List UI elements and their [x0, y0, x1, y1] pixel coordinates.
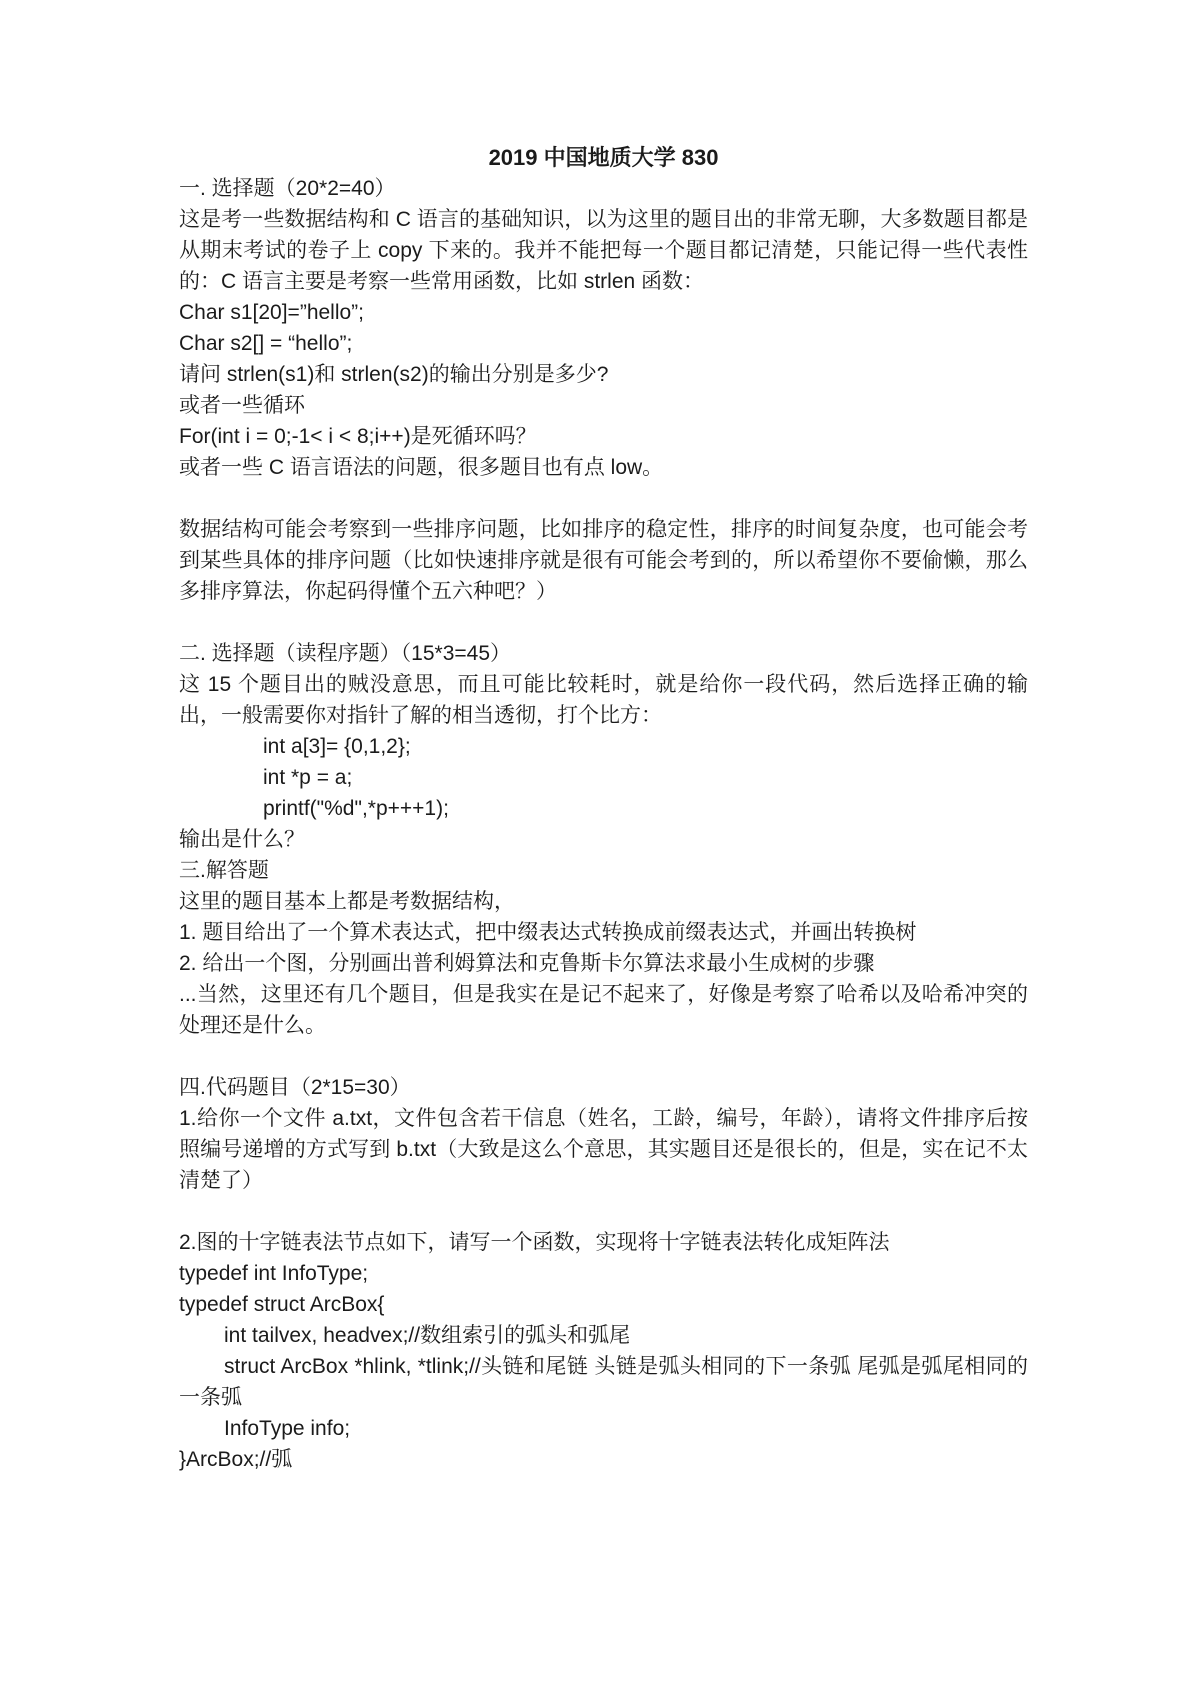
code-hlink-tlink: struct ArcBox *hlink, *tlink;//头链和尾链 头链是…	[179, 1351, 1028, 1413]
heading-section-3: 三.解答题	[179, 855, 1028, 886]
blank-line	[179, 483, 1028, 514]
blank-line	[179, 1196, 1028, 1227]
para-section-2-intro: 这 15 个题目出的贼没意思，而且可能比较耗时，就是给你一段代码，然后选择正确的…	[179, 669, 1028, 731]
para-section-1-intro: 这是考一些数据结构和 C 语言的基础知识，以为这里的题目出的非常无聊，大多数题目…	[179, 204, 1028, 297]
para-sorting: 数据结构可能会考察到一些排序问题，比如排序的稳定性，排序的时间复杂度，也可能会考…	[179, 514, 1028, 607]
code-char-s2: Char s2[] = “hello”;	[179, 328, 1028, 359]
line-section-3-intro: 这里的题目基本上都是考数据结构，	[179, 886, 1028, 917]
line-c-grammar: 或者一些 C 语言语法的问题，很多题目也有点 low。	[179, 452, 1028, 483]
line-output-question: 输出是什么？	[179, 824, 1028, 855]
blank-line	[179, 607, 1028, 638]
code-tailvex-headvex: int tailvex, headvex;//数组索引的弧头和弧尾	[179, 1320, 1028, 1351]
code-int-pointer: int *p = a;	[179, 762, 1028, 793]
para-file-question: 1.给你一个文件 a.txt，文件包含若干信息（姓名，工龄，编号，年龄），请将文…	[179, 1103, 1028, 1196]
code-printf: printf("%d",*p+++1);	[179, 793, 1028, 824]
para-forgotten-items: ...当然，这里还有几个题目，但是我实在是记不起来了，好像是考察了哈希以及哈希冲…	[179, 979, 1028, 1041]
heading-section-1: 一. 选择题（20*2=40）	[179, 173, 1028, 204]
heading-section-4: 四.代码题目（2*15=30）	[179, 1072, 1028, 1103]
code-typedef-infotype: typedef int InfoType;	[179, 1258, 1028, 1289]
code-int-array: int a[3]= {0,1,2};	[179, 731, 1028, 762]
code-typedef-struct: typedef struct ArcBox{	[179, 1289, 1028, 1320]
doc-title: 2019 中国地质大学 830	[179, 142, 1028, 173]
heading-section-2: 二. 选择题（读程序题）（15*3=45）	[179, 638, 1028, 669]
code-arcbox-end: }ArcBox;//弧	[179, 1444, 1028, 1475]
code-infotype-info: InfoType info;	[179, 1413, 1028, 1444]
code-char-s1: Char s1[20]=”hello”;	[179, 297, 1028, 328]
blank-line	[179, 1041, 1028, 1072]
line-item-2-graph: 2. 给出一个图，分别画出普利姆算法和克鲁斯卡尔算法求最小生成树的步骤	[179, 948, 1028, 979]
line-crosslist-question: 2.图的十字链表法节点如下，请写一个函数，实现将十字链表法转化成矩阵法	[179, 1227, 1028, 1258]
line-loop-intro: 或者一些循环	[179, 390, 1028, 421]
line-strlen-question: 请问 strlen(s1)和 strlen(s2)的输出分别是多少?	[179, 359, 1028, 390]
line-item-1-expression: 1. 题目给出了一个算术表达式，把中缀表达式转换成前缀表达式，并画出转换树	[179, 917, 1028, 948]
code-for-loop: For(int i = 0;-1< i < 8;i++)是死循环吗？	[179, 421, 1028, 452]
document-page: 2019 中国地质大学 830 一. 选择题（20*2=40） 这是考一些数据结…	[0, 0, 1190, 1683]
